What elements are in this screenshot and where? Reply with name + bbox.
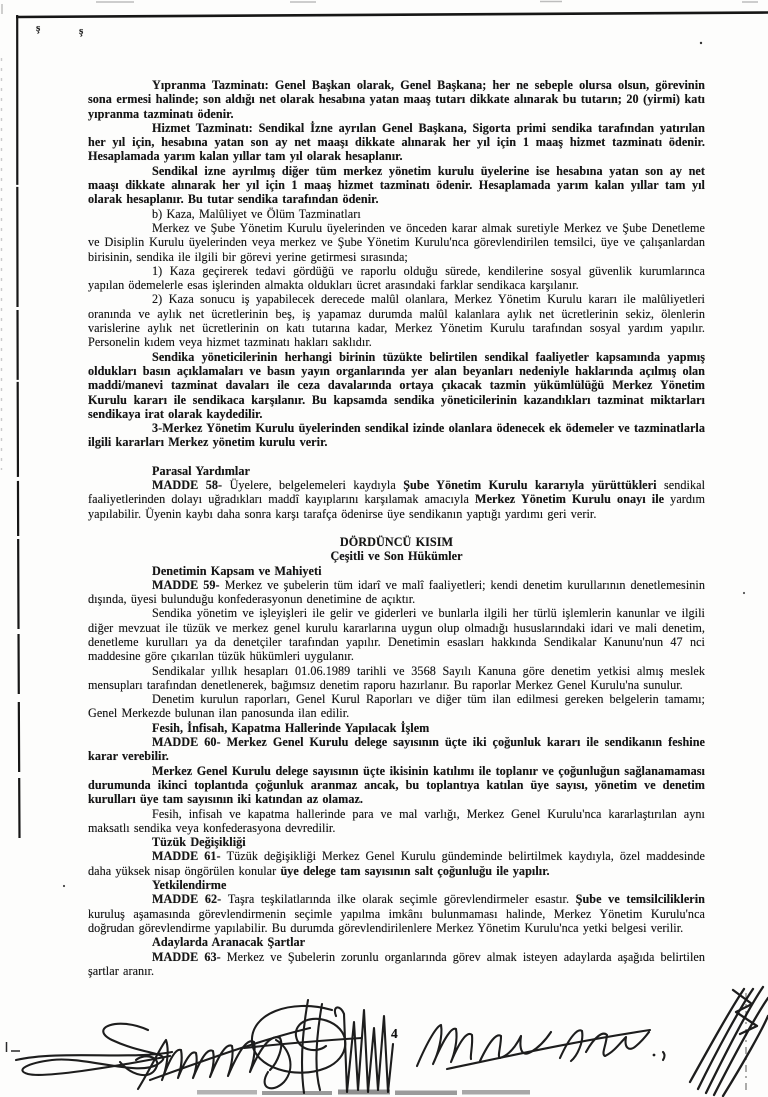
document-paragraph: Denetim kurulun raporları, Genel Kurul R…	[88, 692, 705, 721]
document-paragraph: Sendikal izne ayrılmış diğer tüm merkez …	[88, 164, 705, 207]
part-heading: Çeşitli ve Son Hükümler	[88, 549, 705, 563]
signature-zigzag	[335, 1007, 393, 1092]
scanned-page: ş ş Yıpranma Tazminatı: Genel Başkan ola…	[0, 0, 768, 1097]
document-paragraph: Fesih, infisah ve kapatma hallerinde par…	[88, 807, 705, 836]
signature-cursive-1	[138, 1028, 310, 1089]
signature-cursive-2	[417, 1025, 665, 1069]
document-paragraph: b) Kaza, Malûliyet ve Ölüm Tazminatları	[88, 207, 705, 221]
edge-artifact-mark: ş	[36, 22, 40, 34]
document-paragraph: Sendikalar yıllık hesapları 01.06.1989 t…	[88, 664, 705, 693]
scan-border-top	[2, 2, 768, 18]
document-paragraph: Merkez ve Şube Yönetim Kurulu üyelerinde…	[88, 221, 705, 264]
section-heading: Fesih, İnfisah, Kapatma Hallerinde Yapıl…	[88, 721, 705, 735]
section-heading: Yetkilendirme	[88, 878, 705, 892]
document-paragraph: Hizmet Tazminatı: Sendikal İzne ayrılan …	[88, 121, 705, 164]
signature-diagonal-hatch	[690, 987, 768, 1096]
document-paragraph: Sendika yöneticilerinin herhangi birinin…	[88, 350, 705, 421]
part-heading: DÖRDÜNCÜ KISIM	[88, 535, 705, 549]
document-content: Yıpranma Tazminatı: Genel Başkan olarak,…	[88, 78, 705, 978]
document-paragraph: MADDE 60- Merkez Genel Kurulu delege say…	[88, 735, 705, 764]
section-heading: Parasal Yardımlar	[88, 464, 705, 478]
section-heading: Adaylarda Aranacak Şartlar	[88, 935, 705, 949]
document-paragraph: MADDE 59- Merkez ve şubelerin tüm idarî …	[88, 578, 705, 607]
signature-circle-scribble	[244, 1000, 362, 1093]
document-paragraph: MADDE 58- Üyelere, belgelemeleri kaydıyl…	[88, 478, 705, 521]
edge-artifact-mark: ş	[79, 25, 83, 37]
document-paragraph: MADDE 62- Taşra teşkilatlarında ilke ola…	[88, 892, 705, 935]
scan-border-left	[2, 15, 21, 1052]
page-number: 4	[391, 1026, 398, 1042]
document-paragraph: Yıpranma Tazminatı: Genel Başkan olarak,…	[88, 78, 705, 121]
document-paragraph: Sendika yönetim ve işleyişleri ile gelir…	[88, 606, 705, 663]
document-paragraph: 1) Kaza geçirerek tedavi gördüğü ve rapo…	[88, 264, 705, 293]
scan-bottom-band	[197, 1090, 530, 1096]
document-paragraph: 3-Merkez Yönetim Kurulu üyelerinden send…	[88, 421, 705, 450]
document-paragraph: 2) Kaza sonucu iş yapabilecek derecede m…	[88, 292, 705, 349]
document-paragraph: MADDE 61- Tüzük değişikliği Merkez Genel…	[88, 849, 705, 878]
section-heading: Denetimin Kapsam ve Mahiyeti	[88, 564, 705, 578]
section-heading: Tüzük Değişikliği	[88, 835, 705, 849]
signature-left-flourish	[16, 1024, 172, 1075]
document-paragraph: MADDE 63- Merkez ve Şubelerin zorunlu or…	[88, 950, 705, 979]
document-paragraph: Merkez Genel Kurulu delege sayısının üçt…	[88, 764, 705, 807]
